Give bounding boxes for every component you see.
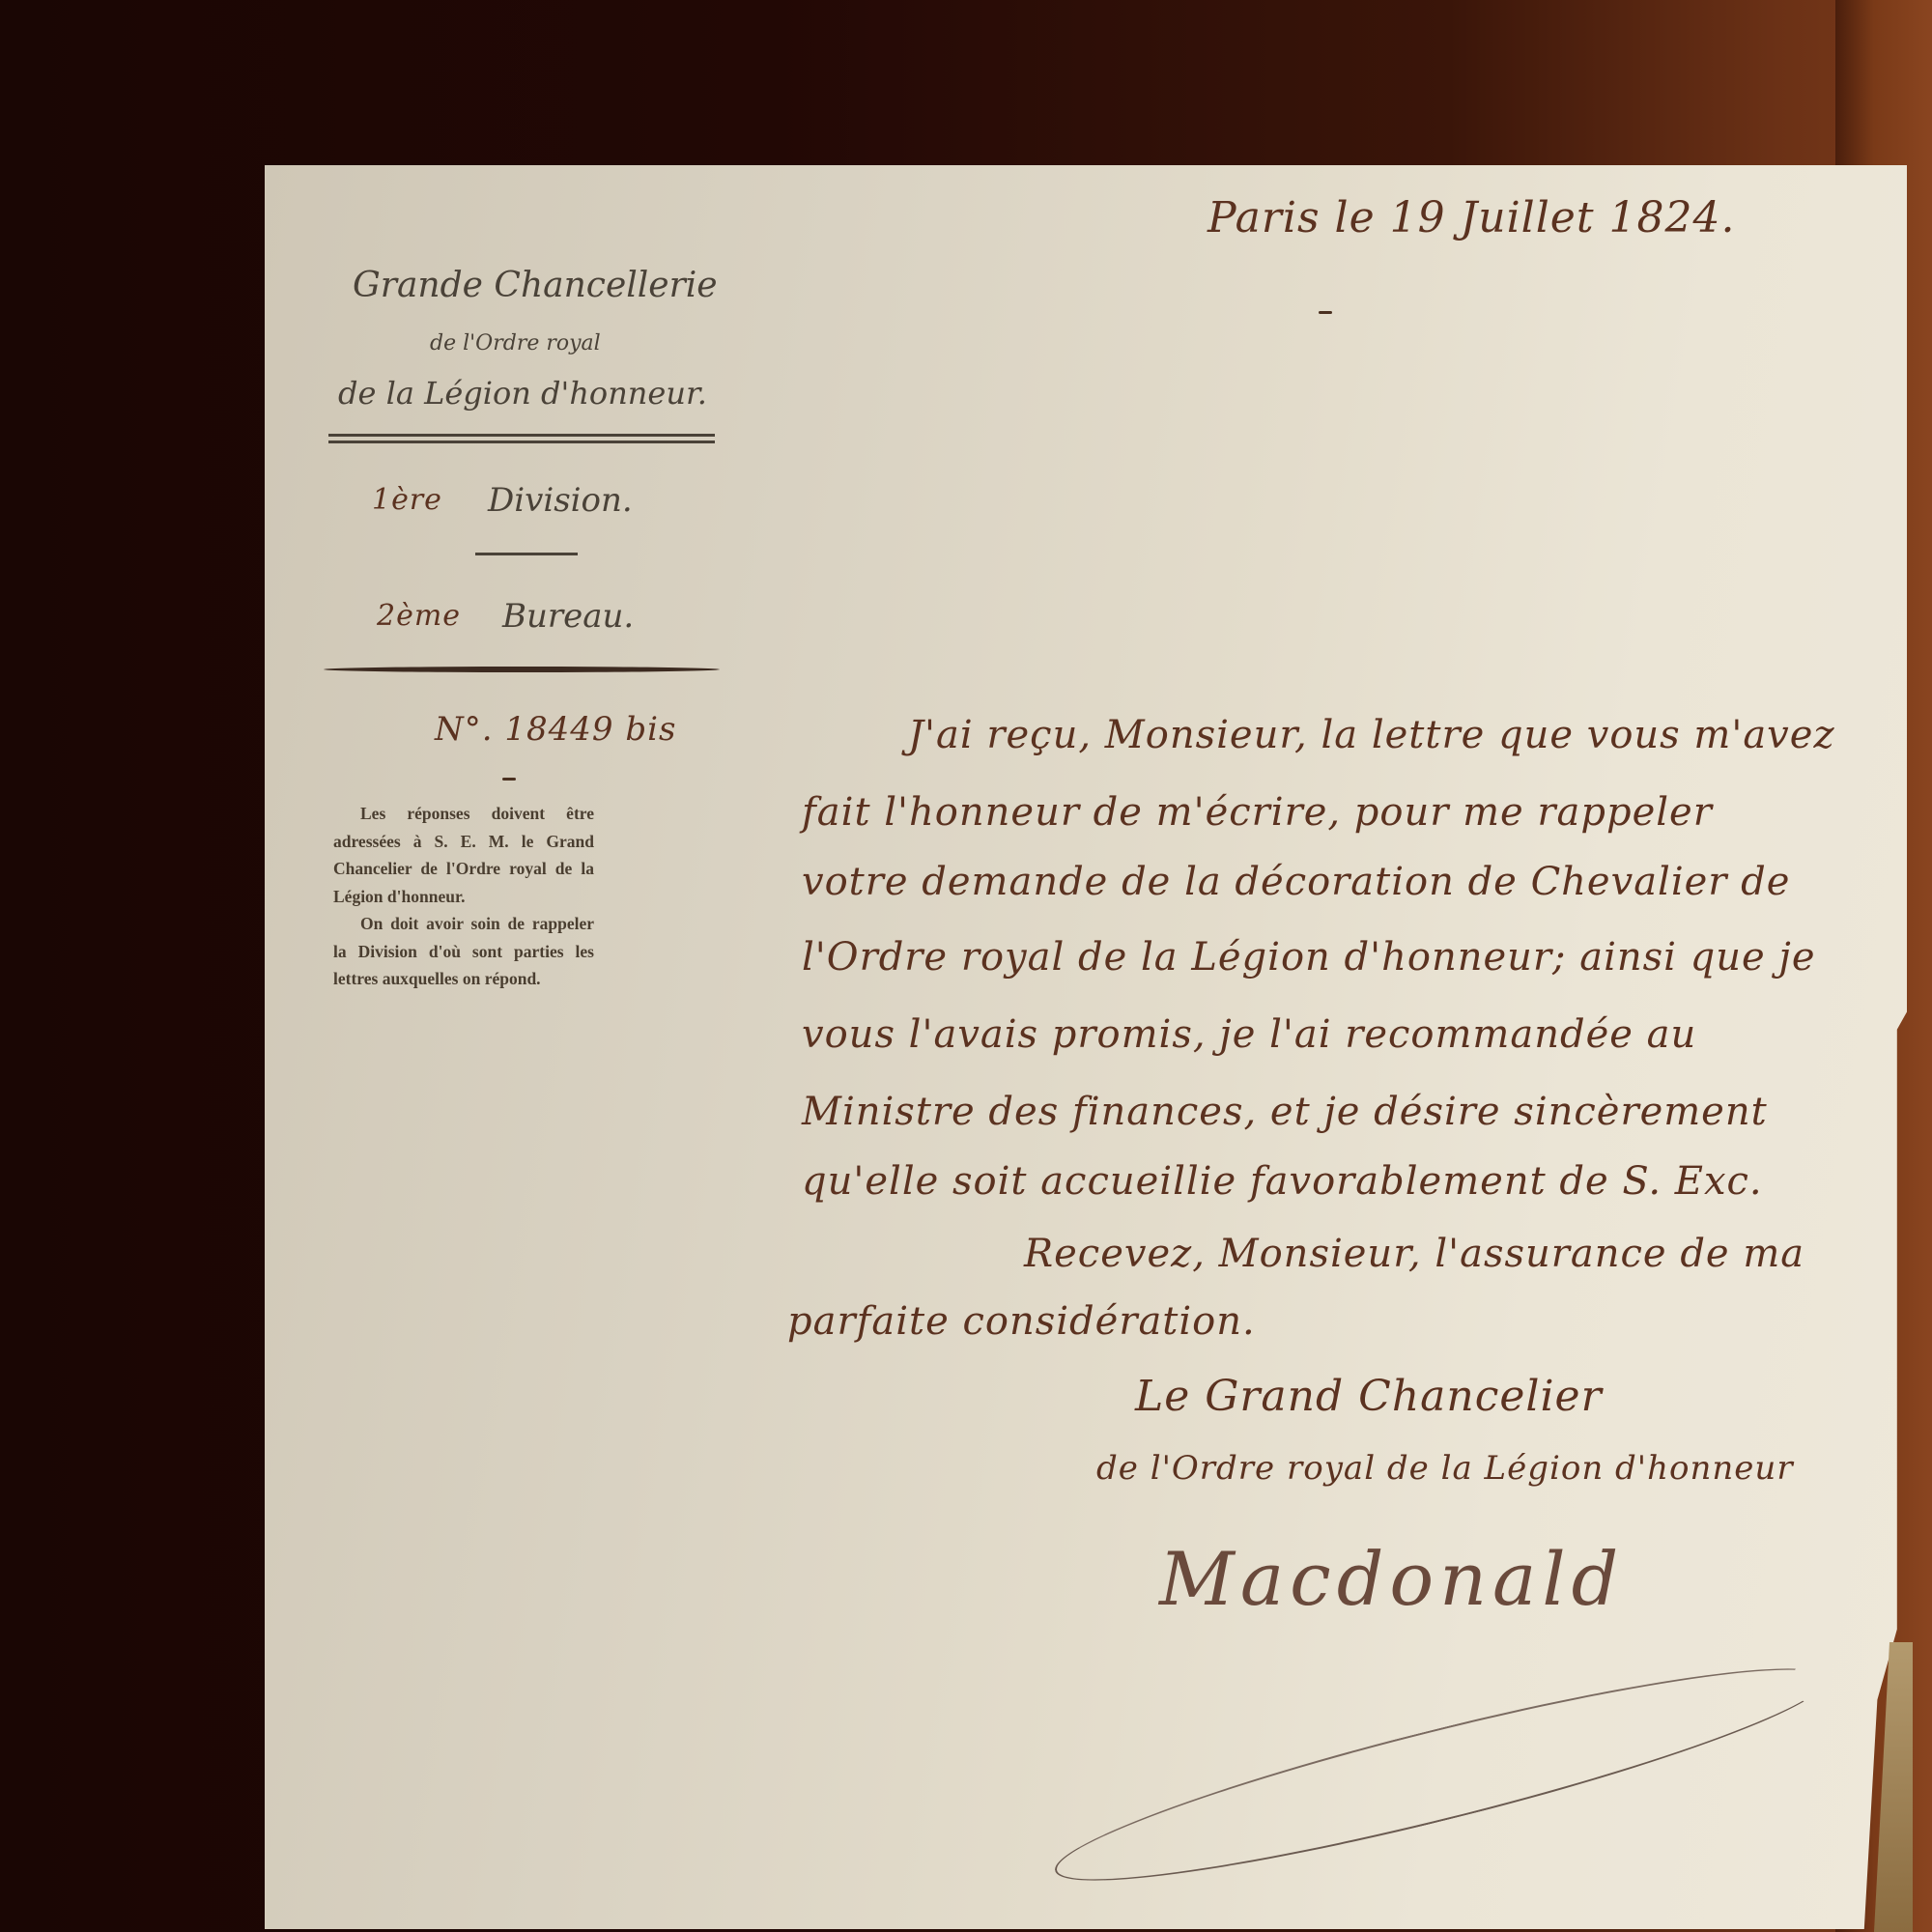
body-line: J'ai reçu, Monsieur, la lettre que vous … [908,713,1835,757]
body-line: Ministre des finances, et je désire sinc… [802,1090,1768,1134]
dateline: Paris le 19 Juillet 1824. [1207,193,1735,242]
body-line: qu'elle soit accueillie favorablement de… [802,1159,1763,1204]
letterhead-subtitle-order: de l'Ordre royal [430,331,601,355]
ink-mark [502,778,516,781]
closing-order: de l'Ordre royal de la Légion d'honneur [1096,1449,1794,1488]
letterhead-title: Grande Chancellerie [353,266,718,305]
body-line: l'Ordre royal de la Légion d'honneur; ai… [802,935,1816,980]
division-ordinal: 1ère [372,483,442,517]
body-line: parfaite considération. [787,1299,1256,1344]
closing-title: Le Grand Chancelier [1135,1372,1603,1421]
body-line: votre demande de la décoration de Cheval… [802,860,1790,904]
letterhead-rule-top [328,434,715,437]
printed-notice: Les réponses doivent être adressées à S.… [333,800,594,993]
bureau-ordinal: 2ème [377,599,461,633]
letterhead-subtitle-legion: de la Légion d'honneur. [338,375,707,412]
division-label: Division. [488,481,633,520]
ink-mark [1319,311,1332,314]
printed-notice-paragraph-1: Les réponses doivent être adressées à S.… [333,800,594,910]
body-line: Recevez, Monsieur, l'assurance de ma [1024,1232,1804,1276]
signature: Macdonald [1159,1536,1624,1622]
body-line: fait l'honneur de m'écrire, pour me rapp… [802,790,1713,835]
letterhead-rule-bottom [328,440,715,443]
bureau-swash-rule [324,667,720,672]
body-line: vous l'avais promis, je l'ai recommandée… [802,1012,1696,1057]
printed-notice-paragraph-2: On doit avoir soin de rappeler la Divisi… [333,910,594,993]
reference-number: N°. 18449 bis [435,710,676,749]
bureau-label: Bureau. [502,597,634,636]
division-separator [475,553,578,555]
